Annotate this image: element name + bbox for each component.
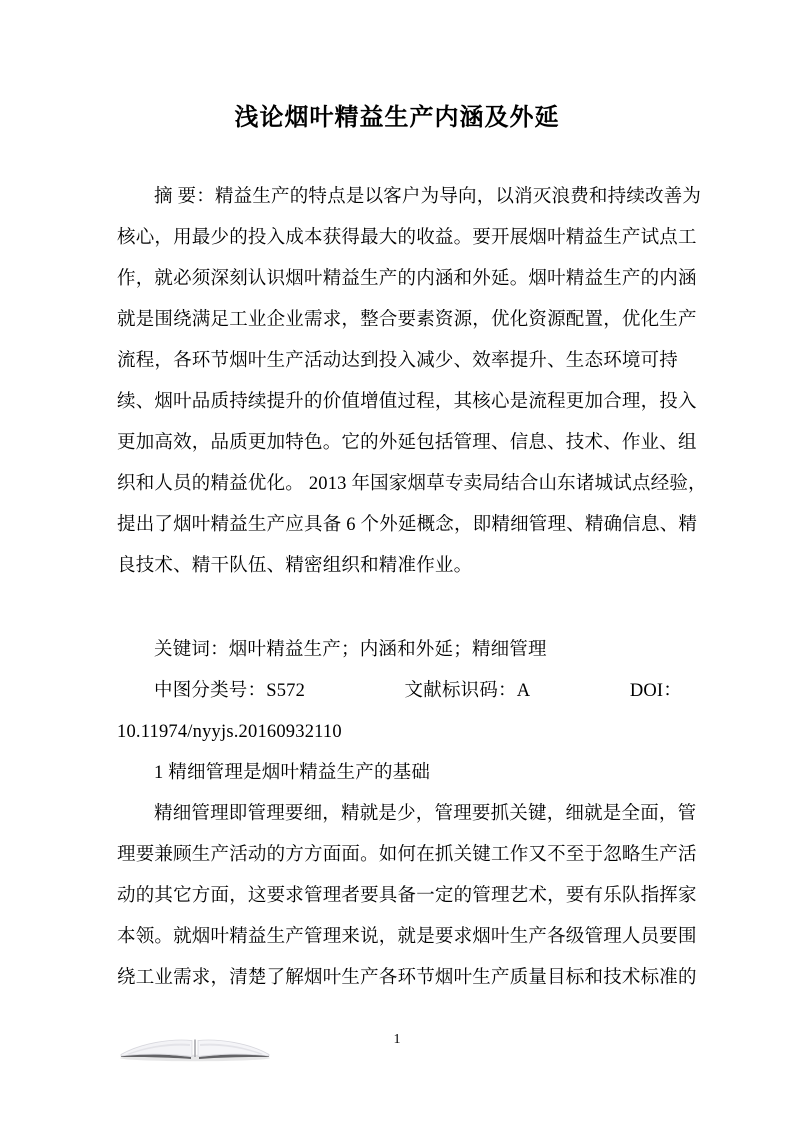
classification-row: 中图分类号：S572 文献标识码：A DOI： <box>117 671 682 712</box>
abstract-line: 就是围绕满足工业企业需求，整合要素资源，优化资源配置，优化生产 <box>117 300 682 341</box>
abstract-line: 织和人员的精益优化。 2013 年国家烟草专卖局结合山东诸城试点经验， <box>117 464 682 505</box>
abstract-line: 续、烟叶品质持续提升的价值增值过程，其核心是流程更加合理，投入 <box>117 382 682 423</box>
document-page: 浅论烟叶精益生产内涵及外延 摘 要：精益生产的特点是以客户为导向，以消灭浪费和持… <box>0 0 794 1123</box>
abstract-line: 流程，各环节烟叶生产活动达到投入减少、效率提升、生态环境可持 <box>117 341 682 382</box>
article-meta-section: 关键词：烟叶精益生产；内涵和外延；精细管理 中图分类号：S572 文献标识码：A… <box>117 630 682 999</box>
page-title: 浅论烟叶精益生产内涵及外延 <box>0 100 794 136</box>
body-line: 理要兼顾生产活动的方方面面。如何在抓关键工作又不至于忽略生产活 <box>117 835 682 876</box>
doi-value: 10.11974/nyyjs.20160932110 <box>117 712 682 753</box>
body-line: 动的其它方面，这要求管理者要具备一定的管理艺术，要有乐队指挥家 <box>117 876 682 917</box>
abstract-line: 提出了烟叶精益生产应具备 6 个外延概念，即精细管理、精确信息、精 <box>117 505 682 546</box>
clc-number: 中图分类号：S572 <box>154 671 305 712</box>
abstract-line: 摘 要：精益生产的特点是以客户为导向，以消灭浪费和持续改善为 <box>117 177 682 218</box>
section-heading: 1 精细管理是烟叶精益生产的基础 <box>117 753 682 794</box>
page-number: 1 <box>0 1029 794 1051</box>
body-line: 本领。就烟叶精益生产管理来说，就是要求烟叶生产各级管理人员要围 <box>117 917 682 958</box>
keywords-line: 关键词：烟叶精益生产；内涵和外延；精细管理 <box>117 630 682 671</box>
abstract-paragraph: 摘 要：精益生产的特点是以客户为导向，以消灭浪费和持续改善为 核心，用最少的投入… <box>117 177 682 587</box>
body-line: 精细管理即管理要细，精就是少，管理要抓关键，细就是全面，管 <box>117 794 682 835</box>
abstract-line: 良技术、精干队伍、精密组织和精准作业。 <box>117 546 682 587</box>
abstract-line: 作，就必须深刻认识烟叶精益生产的内涵和外延。烟叶精益生产的内涵 <box>117 259 682 300</box>
abstract-line: 更加高效，品质更加特色。它的外延包括管理、信息、技术、作业、组 <box>117 423 682 464</box>
body-line: 绕工业需求，清楚了解烟叶生产各环节烟叶生产质量目标和技术标准的 <box>117 958 682 999</box>
abstract-line: 核心，用最少的投入成本获得最大的收益。要开展烟叶精益生产试点工 <box>117 218 682 259</box>
doi-label: DOI： <box>630 671 682 712</box>
document-code: 文献标识码：A <box>405 671 531 712</box>
